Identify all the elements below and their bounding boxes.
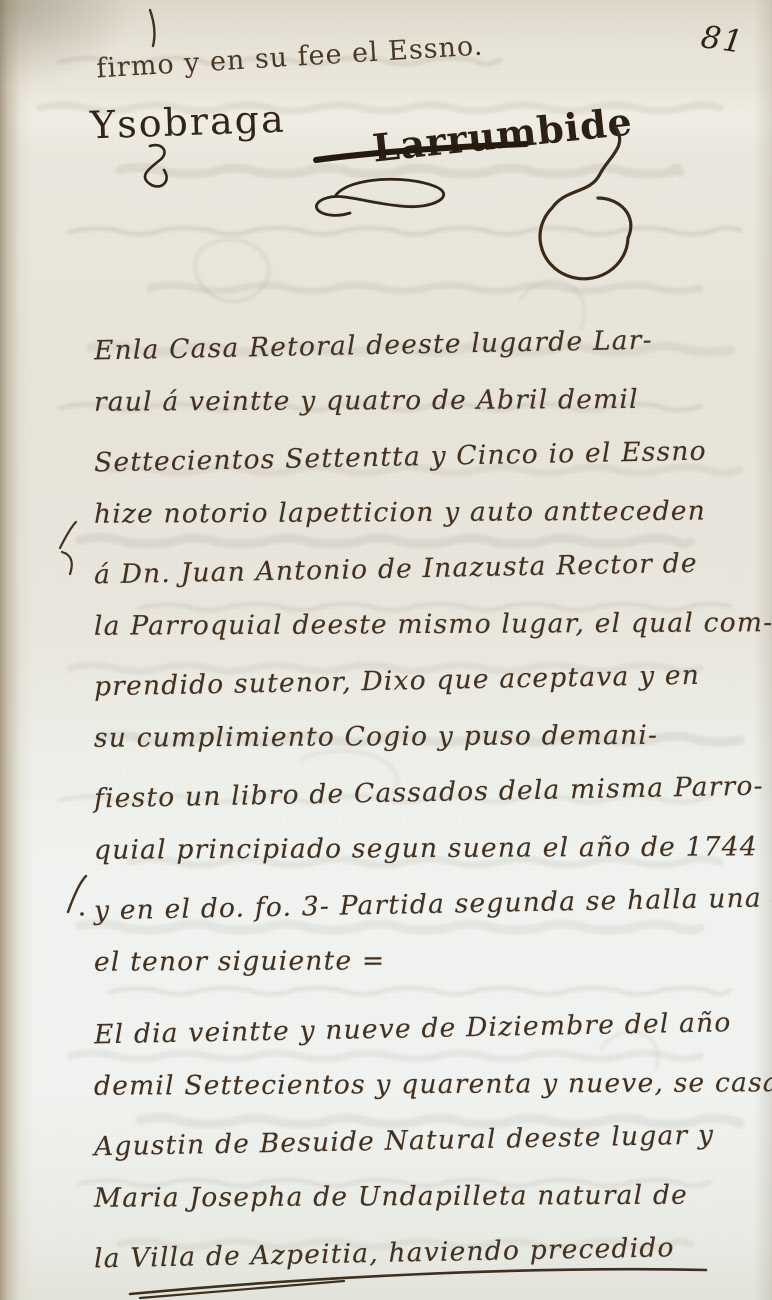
manuscript-page: 81 firmo y en su fee el Essno. Ysobraga … xyxy=(0,0,772,1300)
closing-rule-line xyxy=(0,0,772,1300)
